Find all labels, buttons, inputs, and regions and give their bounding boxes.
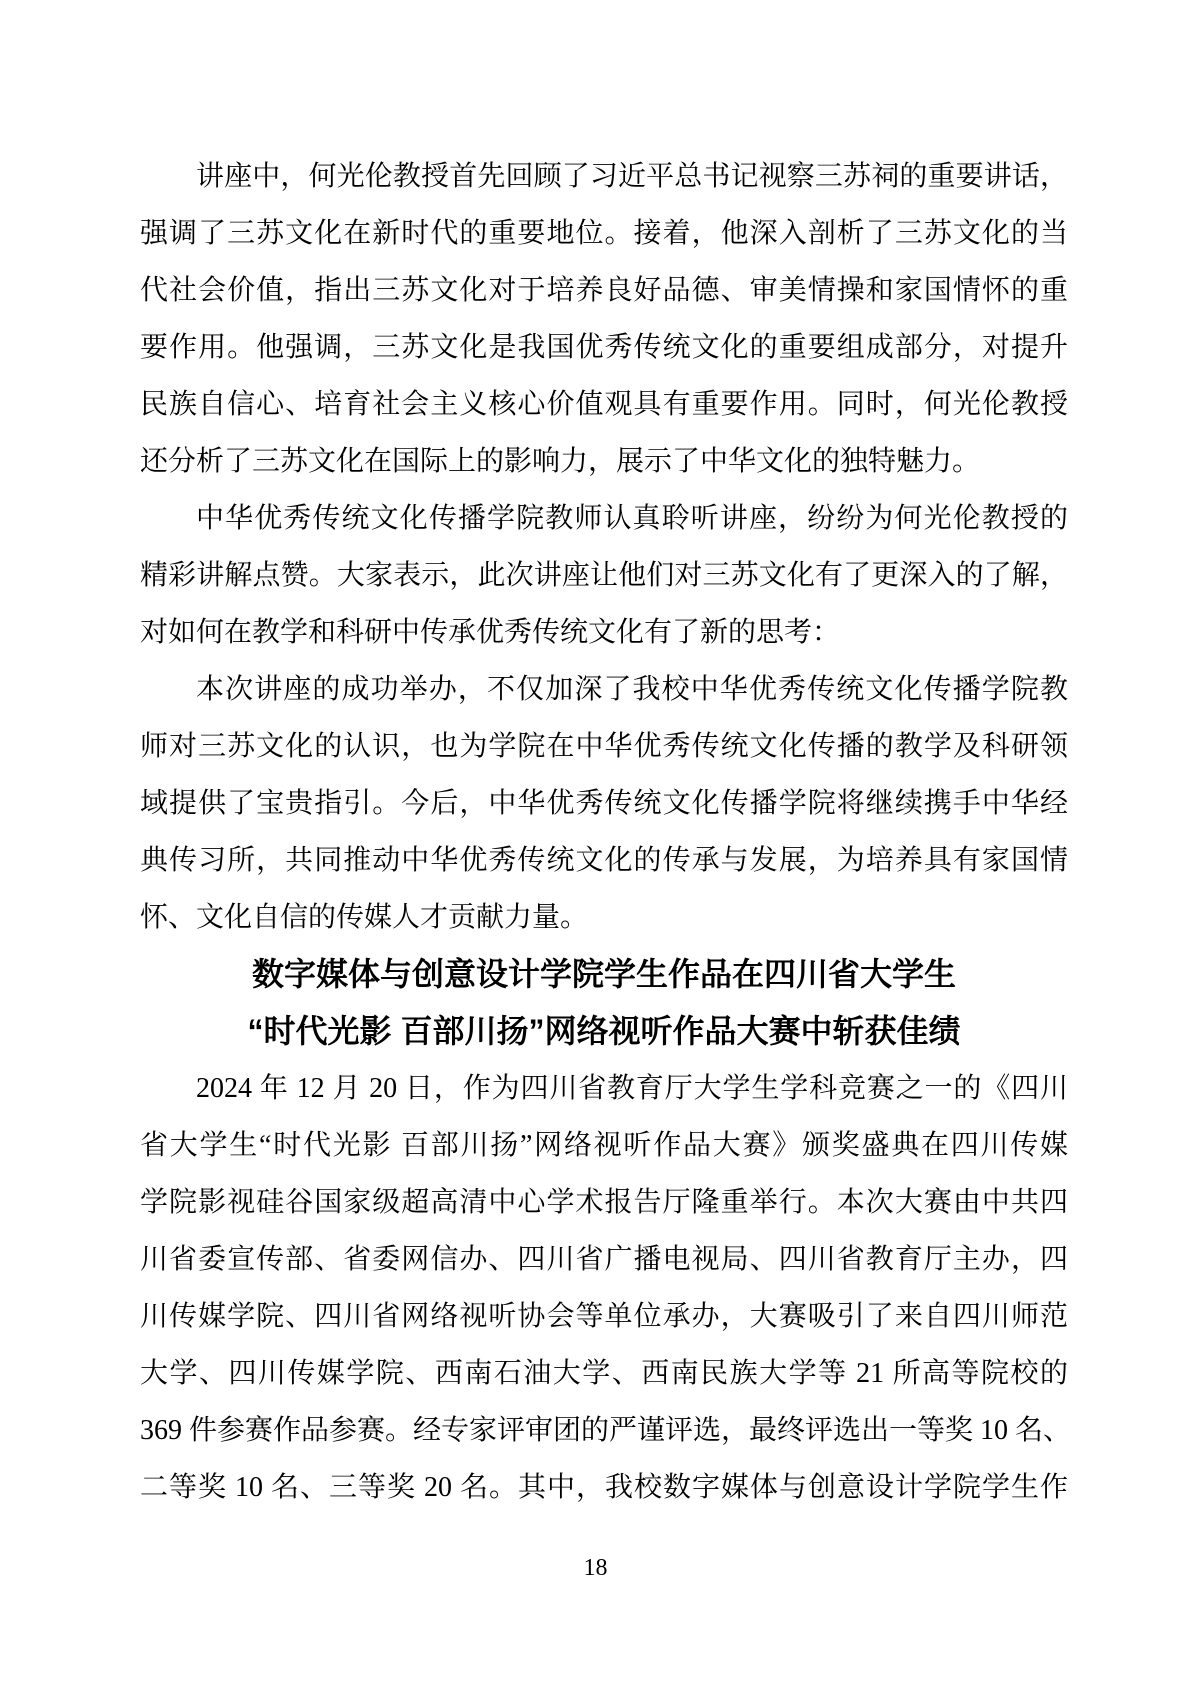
text-line: 典传习所，共同推动中华优秀传统文化的传承与发展，为培养具有家国情	[140, 832, 1068, 889]
text-line: 二等奖 10 名、三等奖 20 名。其中，我校数字媒体与创意设计学院学生作	[140, 1459, 1068, 1516]
text-line: 师对三苏文化的认识，也为学院在中华优秀传统文化传播的教学及科研领	[140, 718, 1068, 775]
text-line: 精彩讲解点赞。大家表示，此次讲座让他们对三苏文化有了更深入的了解，	[140, 547, 1068, 604]
text-line: 本次讲座的成功举办，不仅加深了我校中华优秀传统文化传播学院教	[140, 661, 1068, 718]
text-line: 数字媒体与创意设计学院学生作品在四川省大学生	[140, 946, 1068, 1003]
text-line: “时代光影 百部川扬”网络视听作品大赛中斩获佳绩	[140, 1003, 1068, 1060]
text-line: 还分析了三苏文化在国际上的影响力，展示了中华文化的独特魅力。	[140, 433, 1068, 490]
text-line: 川传媒学院、四川省网络视听协会等单位承办，大赛吸引了来自四川师范	[140, 1288, 1068, 1345]
text-line: 大学、四川传媒学院、西南石油大学、西南民族大学等 21 所高等院校的	[140, 1345, 1068, 1402]
page-content: 讲座中，何光伦教授首先回顾了习近平总书记视察三苏祠的重要讲话，强调了三苏文化在新…	[140, 148, 1068, 1516]
page-number: 18	[0, 1553, 1191, 1583]
text-line: 强调了三苏文化在新时代的重要地位。接着，他深入剖析了三苏文化的当	[140, 205, 1068, 262]
section-heading-award-news: 数字媒体与创意设计学院学生作品在四川省大学生“时代光影 百部川扬”网络视听作品大…	[140, 946, 1068, 1060]
text-line: 省大学生“时代光影 百部川扬”网络视听作品大赛》颁奖盛典在四川传媒	[140, 1117, 1068, 1174]
text-line: 学院影视硅谷国家级超高清中心学术报告厅隆重举行。本次大赛由中共四	[140, 1174, 1068, 1231]
text-line: 对如何在教学和科研中传承优秀传统文化有了新的思考：	[140, 604, 1068, 661]
text-line: 代社会价值，指出三苏文化对于培养良好品德、审美情操和家国情怀的重	[140, 262, 1068, 319]
text-line: 讲座中，何光伦教授首先回顾了习近平总书记视察三苏祠的重要讲话，	[140, 148, 1068, 205]
text-line: 要作用。他强调，三苏文化是我国优秀传统文化的重要组成部分，对提升	[140, 319, 1068, 376]
paragraph-lecture-review: 讲座中，何光伦教授首先回顾了习近平总书记视察三苏祠的重要讲话，强调了三苏文化在新…	[140, 148, 1068, 490]
text-line: 中华优秀传统文化传播学院教师认真聆听讲座，纷纷为何光伦教授的	[140, 490, 1068, 547]
text-line: 域提供了宝贵指引。今后，中华优秀传统文化传播学院将继续携手中华经	[140, 775, 1068, 832]
text-line: 369 件参赛作品参赛。经专家评审团的严谨评选，最终评选出一等奖 10 名、	[140, 1402, 1068, 1459]
document-page: 讲座中，何光伦教授首先回顾了习近平总书记视察三苏祠的重要讲话，强调了三苏文化在新…	[0, 0, 1191, 1684]
text-line: 民族自信心、培育社会主义核心价值观具有重要作用。同时，何光伦教授	[140, 376, 1068, 433]
text-line: 川省委宣传部、省委网信办、四川省广播电视局、四川省教育厅主办，四	[140, 1231, 1068, 1288]
paragraph-teacher-feedback: 中华优秀传统文化传播学院教师认真聆听讲座，纷纷为何光伦教授的精彩讲解点赞。大家表…	[140, 490, 1068, 661]
paragraph-lecture-significance: 本次讲座的成功举办，不仅加深了我校中华优秀传统文化传播学院教师对三苏文化的认识，…	[140, 661, 1068, 946]
text-line: 怀、文化自信的传媒人才贡献力量。	[140, 889, 1068, 946]
paragraph-competition-details: 2024 年 12 月 20 日，作为四川省教育厅大学生学科竞赛之一的《四川省大…	[140, 1060, 1068, 1516]
text-line: 2024 年 12 月 20 日，作为四川省教育厅大学生学科竞赛之一的《四川	[140, 1060, 1068, 1117]
